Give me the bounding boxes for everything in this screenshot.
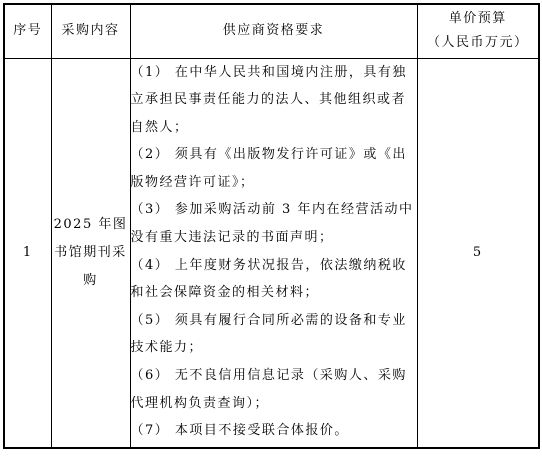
cell-unit-price-budget: 5 bbox=[417, 58, 539, 448]
requirement-item-6: （6） 无不良信用信息记录（采购人、采购代理机构负责查询）； bbox=[131, 362, 417, 417]
cell-seq: 1 bbox=[4, 58, 51, 448]
requirement-item-3: （3） 参加采购活动前 3 年内在经营活动中没有重大违法记录的书面声明； bbox=[131, 196, 417, 251]
header-procurement-content-label: 采购内容 bbox=[61, 23, 119, 38]
header-supplier-requirements-label: 供应商资格要求 bbox=[223, 23, 325, 38]
header-supplier-requirements: 供应商资格要求 bbox=[130, 4, 417, 58]
document-page: 序号 采购内容 供应商资格要求 单价预算 （人民币万元） 1 2025 年图书馆… bbox=[0, 0, 542, 456]
header-unit-price-budget: 单价预算 （人民币万元） bbox=[417, 4, 539, 58]
header-procurement-content: 采购内容 bbox=[51, 4, 130, 58]
requirement-item-2: （2） 须具有《出版物发行许可证》或《出版物经营许可证》； bbox=[131, 141, 417, 196]
table-header-row: 序号 采购内容 供应商资格要求 单价预算 （人民币万元） bbox=[4, 4, 539, 58]
requirement-item-1: （1） 在中华人民共和国境内注册，具有独立承担民事责任能力的法人、其他组织或者自… bbox=[131, 59, 417, 142]
procurement-table: 序号 采购内容 供应商资格要求 单价预算 （人民币万元） 1 2025 年图书馆… bbox=[3, 3, 540, 449]
header-seq: 序号 bbox=[4, 4, 51, 58]
header-unit-price-budget-line2: （人民币万元） bbox=[418, 31, 539, 55]
header-unit-price-budget-line1: 单价预算 bbox=[418, 7, 539, 31]
requirement-item-4: （4） 上年度财务状况报告，依法缴纳税收和社会保障资金的相关材料； bbox=[131, 252, 417, 307]
cell-procurement-content: 2025 年图书馆期刊采购 bbox=[51, 58, 130, 448]
requirement-item-7: （7） 本项目不接受联合体报价。 bbox=[131, 417, 417, 445]
table-row: 1 2025 年图书馆期刊采购 （1） 在中华人民共和国境内注册，具有独立承担民… bbox=[4, 58, 539, 448]
requirement-item-5: （5） 须具有履行合同所必需的设备和专业技术能力； bbox=[131, 307, 417, 362]
cell-supplier-requirements: （1） 在中华人民共和国境内注册，具有独立承担民事责任能力的法人、其他组织或者自… bbox=[130, 58, 417, 448]
header-seq-label: 序号 bbox=[13, 23, 42, 38]
